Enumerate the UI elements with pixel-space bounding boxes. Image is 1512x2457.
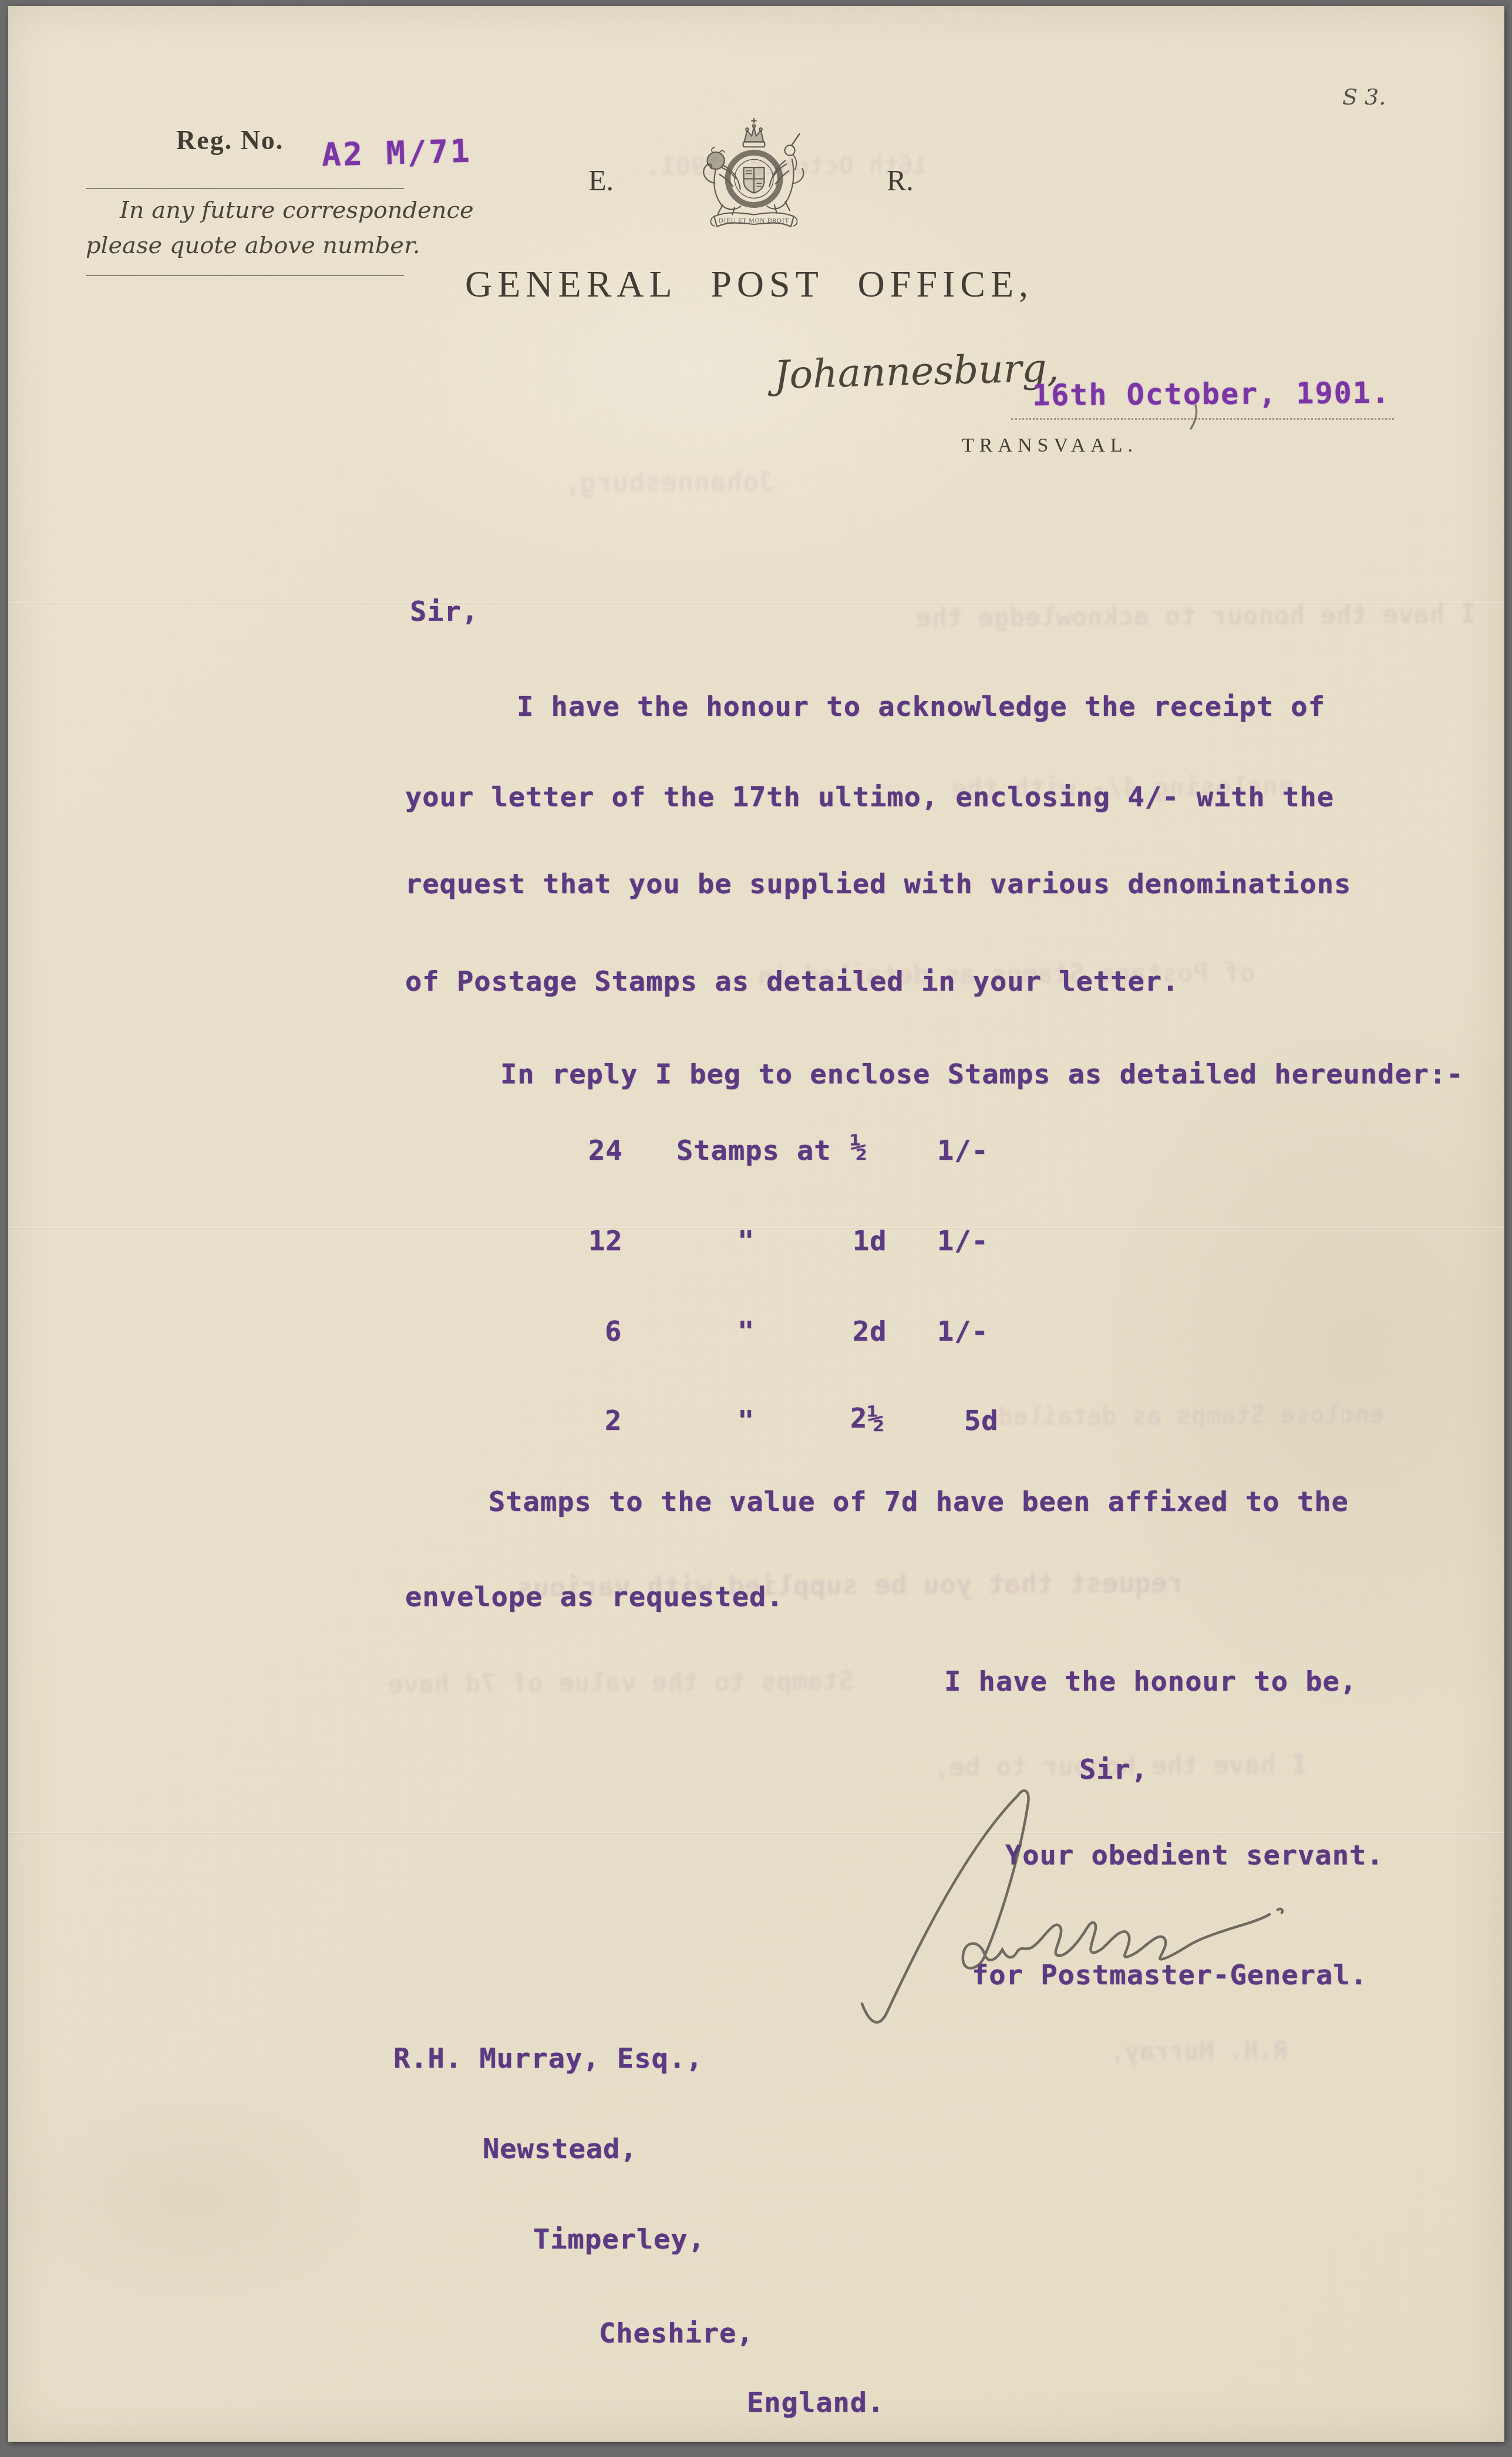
closing-line: I have the honour to be, — [944, 1668, 1357, 1695]
stamp-qty: 6 — [605, 1318, 622, 1345]
pen-comma-mark — [1187, 404, 1201, 430]
stamp-qty: 12 — [588, 1227, 623, 1255]
stamp-value: 1/- — [937, 1318, 989, 1345]
dateline-region: TRANSVAAL. — [962, 436, 1138, 456]
recipient-line: Timperley, — [533, 2226, 705, 2253]
dateline-place: Johannesburg, — [773, 349, 1059, 395]
reg-no-label: Reg. No. — [176, 127, 284, 154]
stamp-denom: 2½ — [850, 1405, 885, 1432]
salutation: Sir, — [410, 598, 479, 625]
reg-box-rule — [86, 275, 404, 276]
stamp-denom: ½ — [850, 1133, 867, 1161]
stamp-qty: 2 — [605, 1407, 622, 1435]
stamp-denom: 1d — [853, 1227, 887, 1255]
stamp-desc: " — [738, 1318, 755, 1345]
stamp-desc: " — [738, 1407, 755, 1435]
stamp-desc: Stamps at — [676, 1137, 831, 1164]
letter-paper — [8, 6, 1504, 2442]
body-line: In reply I beg to enclose Stamps as deta… — [500, 1061, 1464, 1088]
recipient-line: Newstead, — [483, 2135, 638, 2163]
reg-note-line2: please quote above number. — [86, 234, 420, 257]
recipient-line: R.H. Murray, Esq., — [393, 2045, 703, 2072]
dateline-typed-date: 16th October, 1901. — [1032, 378, 1390, 410]
ghost-ink-offset: enclose Stamps as detailed — [998, 1402, 1385, 1430]
body-line: of Postage Stamps as detailed in your le… — [405, 968, 1179, 995]
reg-no-stamp: A2 M/71 — [321, 136, 472, 171]
stamp-value: 5d — [964, 1407, 999, 1435]
body-line: I have the honour to acknowledge the rec… — [517, 693, 1325, 721]
dateline-dotted-rule — [1011, 418, 1394, 420]
ghost-ink-offset: Stamps to the value of 7d have — [388, 1668, 854, 1698]
body-line: request that you be supplied with variou… — [405, 870, 1351, 898]
page-corner-mark: S 3. — [1342, 86, 1386, 108]
ghost-ink-offset: I have the honour to acknowledge the — [916, 602, 1476, 632]
recipient-line: England. — [747, 2389, 884, 2416]
cipher-letter-r: R. — [887, 166, 914, 195]
body-line: your letter of the 17th ultimo, enclosin… — [405, 783, 1334, 811]
stamp-value: 1/- — [937, 1227, 989, 1255]
reg-box-rule — [86, 188, 404, 189]
recipient-line: Cheshire, — [599, 2320, 754, 2347]
office-title: GENERAL POST OFFICE, — [465, 265, 1033, 303]
stamp-desc: " — [738, 1227, 755, 1255]
reg-note-line1: In any future correspondence — [120, 198, 474, 222]
paper-crease — [8, 1227, 1504, 1229]
royal-coat-of-arms-icon: DIEU ET MON DROIT — [660, 115, 848, 243]
body-line: envelope as requested. — [405, 1583, 784, 1611]
scanned-letter-photo: I have the honour to acknowledge the enc… — [0, 0, 1512, 2457]
stamp-denom: 2d — [853, 1318, 887, 1345]
signature-ink — [846, 1773, 1327, 2044]
crest-motto: DIEU ET MON DROIT — [719, 218, 789, 224]
cipher-letter-e: E. — [588, 166, 614, 195]
stamp-value: 1/- — [937, 1137, 989, 1164]
stamp-qty: 24 — [588, 1137, 623, 1164]
body-line: Stamps to the value of 7d have been affi… — [489, 1488, 1349, 1516]
ghost-ink-offset: Johannesburg, — [564, 468, 775, 497]
